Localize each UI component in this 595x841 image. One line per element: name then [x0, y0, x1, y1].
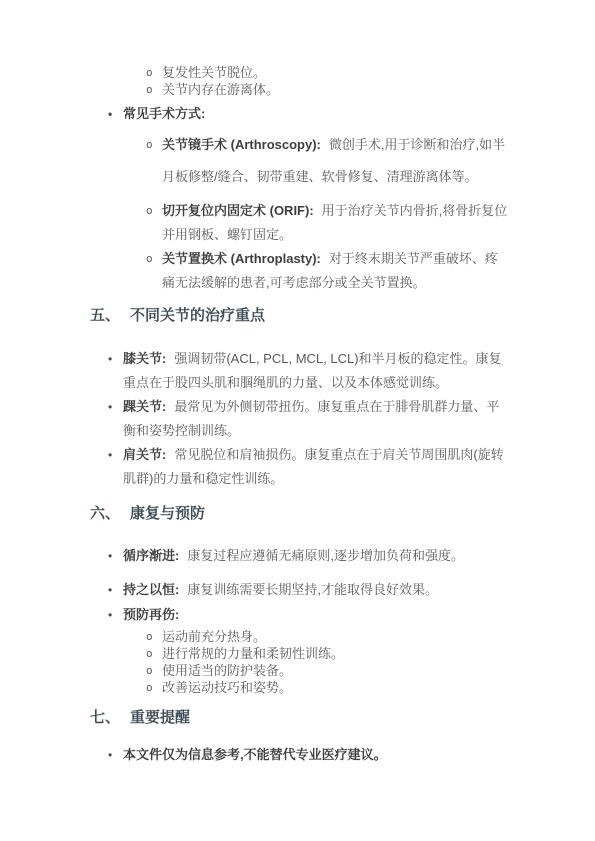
circle-bullet-marker: o [146, 247, 162, 295]
surgery-methods-header: • 常见手术方式: [90, 105, 509, 123]
bullet-marker: • [108, 105, 123, 123]
list-item-text: 踝关节:最常见为外侧韧带扭伤。康复重点在于腓骨肌群力量、平衡和姿势控制训练。 [123, 395, 509, 443]
bold-run: 持之以恒: [123, 582, 187, 597]
bold-run: 踝关节: [123, 399, 174, 414]
list-item-text: 关节置换术 (Arthroplasty):对于终末期关节严重破坏、疼痛无法缓解的… [162, 247, 509, 295]
sub-list-item: o 运动前充分热身。 [90, 628, 509, 645]
section-heading-6: 六、康复与预防 [90, 503, 509, 525]
list-item-text: 复发性关节脱位。 [162, 64, 509, 81]
surgery-item-orif: o 切开复位内固定术 (ORIF):用于治疗关节内骨折,将骨折复位并用钢板、螺钉… [90, 199, 509, 247]
heading-title: 康复与预防 [130, 505, 205, 522]
surgery-item-arthroscopy: o 关节镜手术 (Arthroscopy):微创手术,用于诊断和治疗,如半月板修… [90, 129, 509, 193]
text-run: 最常见为外侧韧带扭伤。康复重点在于腓骨肌群力量、平衡和姿势控制训练。 [123, 399, 499, 438]
heading-number: 六、 [90, 505, 120, 522]
list-item-text: 关节镜手术 (Arthroscopy):微创手术,用于诊断和治疗,如半月板修整/… [162, 129, 509, 193]
prevention-sub-bullet-list: o 运动前充分热身。 o 进行常规的力量和柔韧性训练。 o 使用适当的防护装备。… [90, 628, 509, 696]
bold-run: 关节镜手术 (Arthroscopy): [162, 137, 329, 152]
circle-bullet-marker: o [146, 645, 162, 662]
heading-title: 重要提醒 [130, 709, 190, 726]
heading-number: 七、 [90, 709, 120, 726]
bullet-marker: • [108, 395, 123, 443]
list-item-text: 运动前充分热身。 [162, 628, 509, 645]
document-page: o 复发性关节脱位。 o 关节内存在游离体。 • 常见手术方式: o 关节镜手术… [0, 0, 595, 841]
section-heading-5: 五、不同关节的治疗重点 [90, 305, 509, 327]
text-run: 康复过程应遵循无痛原则,逐步增加负荷和强度。 [187, 548, 464, 563]
bullet-marker: • [108, 544, 123, 568]
list-item-text: 进行常规的力量和柔韧性训练。 [162, 645, 509, 662]
joint-item-ankle: • 踝关节:最常见为外侧韧带扭伤。康复重点在于腓骨肌群力量、平衡和姿势控制训练。 [90, 395, 509, 443]
section6-list: • 循序渐进:康复过程应遵循无痛原则,逐步增加负荷和强度。 • 持之以恒:康复训… [90, 544, 509, 696]
bullet-marker: • [108, 603, 123, 627]
circle-bullet-marker: o [146, 679, 162, 696]
text-run: 常见脱位和肩袖损伤。康复重点在于肩关节周围肌肉(旋转肌群)的力量和稳定性训练。 [123, 447, 504, 486]
circle-bullet-marker: o [146, 129, 162, 193]
list-item-text: 循序渐进:康复过程应遵循无痛原则,逐步增加负荷和强度。 [123, 544, 509, 568]
joint-item-knee: • 膝关节:强调韧带(ACL, PCL, MCL, LCL)和半月板的稳定性。康… [90, 347, 509, 395]
list-item-text: 本文件仅为信息参考,不能替代专业医疗建议。 [123, 743, 509, 767]
heading-number: 五、 [90, 307, 120, 324]
bold-run: 循序渐进: [123, 548, 187, 563]
bullet-marker: • [108, 578, 123, 602]
circle-bullet-marker: o [146, 662, 162, 679]
surgery-item-arthroplasty: o 关节置换术 (Arthroplasty):对于终末期关节严重破坏、疼痛无法缓… [90, 247, 509, 295]
rehab-item-persist: • 持之以恒:康复训练需要长期坚持,才能取得良好效果。 [90, 578, 509, 602]
sub-list-item: o 使用适当的防护装备。 [90, 662, 509, 679]
bullet-marker: • [108, 347, 123, 395]
bold-run: 本文件仅为信息参考,不能替代专业医疗建议。 [123, 747, 387, 762]
rehab-item-gradual: • 循序渐进:康复过程应遵循无痛原则,逐步增加负荷和强度。 [90, 544, 509, 568]
circle-bullet-marker: o [146, 199, 162, 247]
list-item-text: 膝关节:强调韧带(ACL, PCL, MCL, LCL)和半月板的稳定性。康复重… [123, 347, 509, 395]
list-item-text: 使用适当的防护装备。 [162, 662, 509, 679]
list-item-text: 切开复位内固定术 (ORIF):用于治疗关节内骨折,将骨折复位并用钢板、螺钉固定… [162, 199, 509, 247]
section5-list: • 膝关节:强调韧带(ACL, PCL, MCL, LCL)和半月板的稳定性。康… [90, 347, 509, 491]
list-item-text: 持之以恒:康复训练需要长期坚持,才能取得良好效果。 [123, 578, 509, 602]
bullet-marker: • [108, 743, 123, 767]
bold-run: 预防再伤: [123, 607, 187, 622]
text-run: 康复训练需要长期坚持,才能取得良好效果。 [187, 582, 438, 597]
list-item-text: 关节内存在游离体。 [162, 81, 509, 98]
bold-run: 肩关节: [123, 447, 174, 462]
intro-sub-bullet-list: o 复发性关节脱位。 o 关节内存在游离体。 [90, 64, 509, 98]
list-item-text: 改善运动技巧和姿势。 [162, 679, 509, 696]
joint-item-shoulder: • 肩关节:常见脱位和肩袖损伤。康复重点在于肩关节周围肌肉(旋转肌群)的力量和稳… [90, 443, 509, 491]
list-item-text: 预防再伤: [123, 603, 509, 627]
circle-bullet-marker: o [146, 64, 162, 81]
section-heading-7: 七、重要提醒 [90, 707, 509, 729]
sub-list-item: o 进行常规的力量和柔韧性训练。 [90, 645, 509, 662]
heading-title: 不同关节的治疗重点 [130, 307, 265, 324]
bold-run: 切开复位内固定术 (ORIF): [162, 203, 322, 218]
disclaimer-item: • 本文件仅为信息参考,不能替代专业医疗建议。 [90, 743, 509, 767]
rehab-item-prevent: • 预防再伤: [90, 603, 509, 627]
list-item-text: 肩关节:常见脱位和肩袖损伤。康复重点在于肩关节周围肌肉(旋转肌群)的力量和稳定性… [123, 443, 509, 491]
bold-run: 关节置换术 (Arthroplasty): [162, 251, 329, 266]
circle-bullet-marker: o [146, 81, 162, 98]
text-run: 强调韧带(ACL, PCL, MCL, LCL)和半月板的稳定性。康复重点在于股… [123, 351, 502, 390]
circle-bullet-marker: o [146, 628, 162, 645]
sub-list-item: o 复发性关节脱位。 [90, 64, 509, 81]
sub-list-item: o 改善运动技巧和姿势。 [90, 679, 509, 696]
sub-list-item: o 关节内存在游离体。 [90, 81, 509, 98]
bullet-marker: • [108, 443, 123, 491]
bold-run: 膝关节: [123, 351, 174, 366]
list-item-text: 常见手术方式: [123, 105, 509, 123]
